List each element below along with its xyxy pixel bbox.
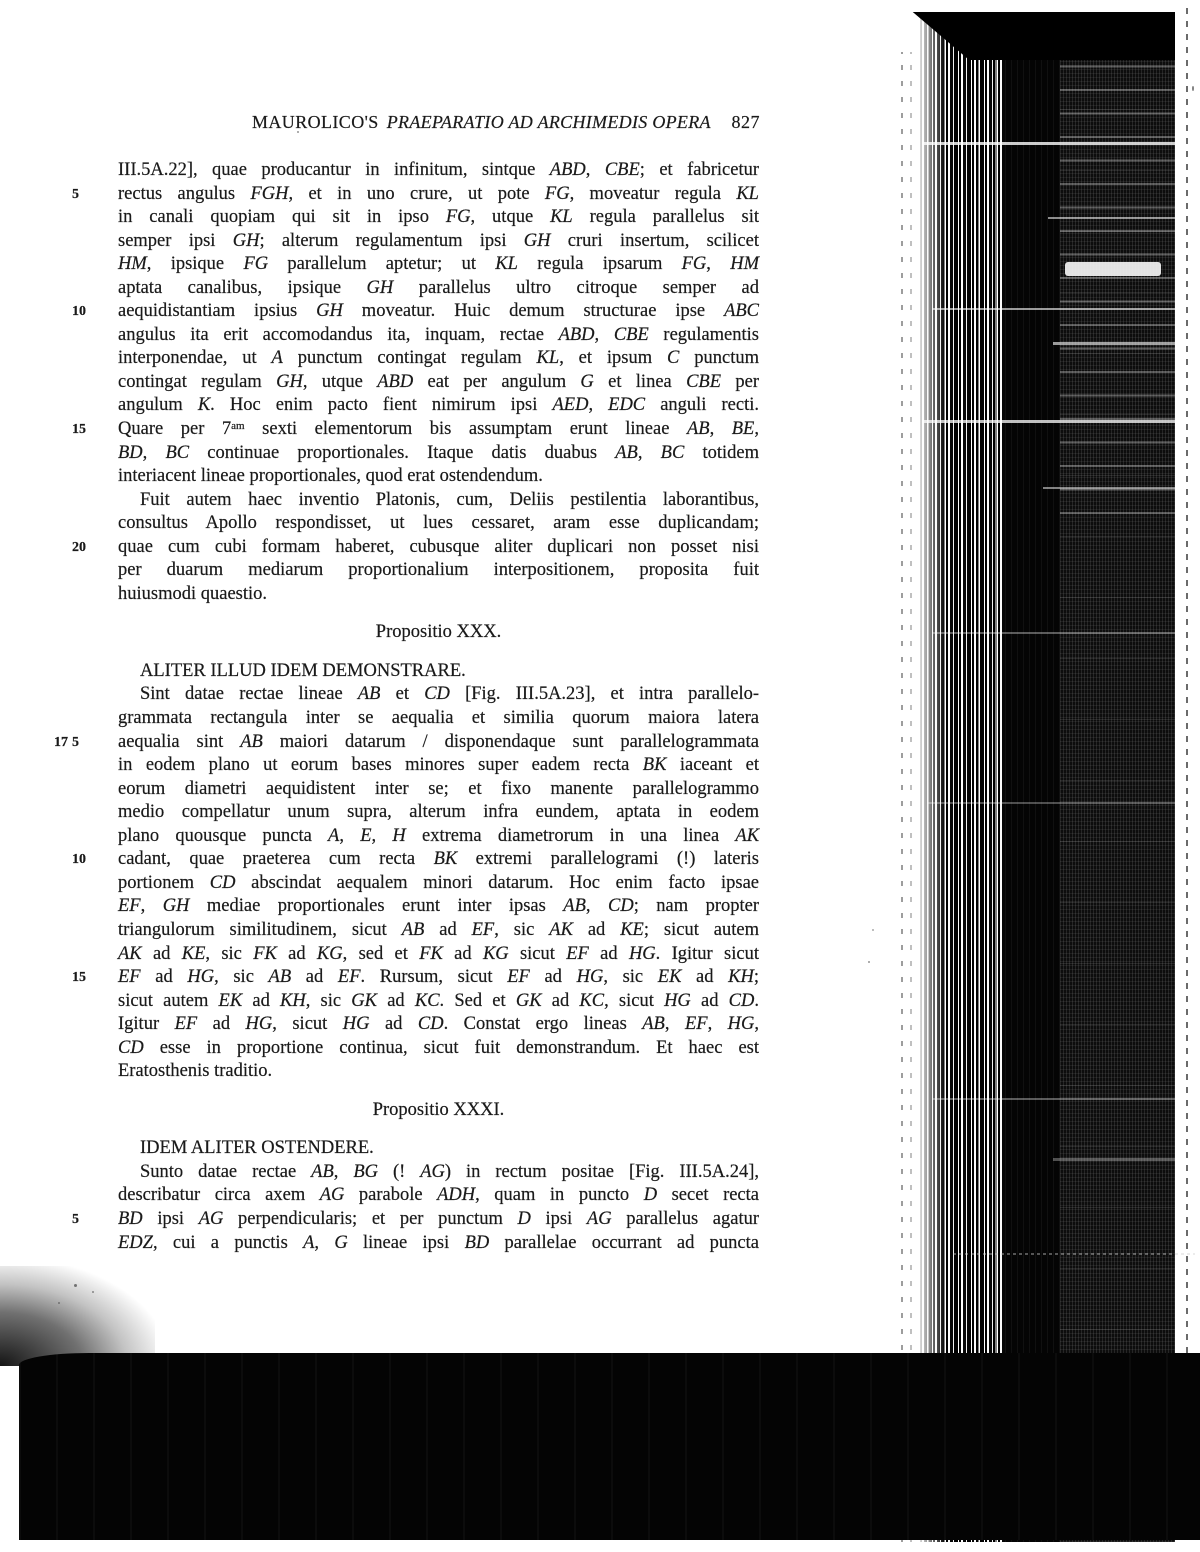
scan-speck (868, 961, 870, 963)
text-line: angulum K. Hoc enim pacto fient nimirum … (118, 394, 759, 418)
text-line-content: grammata rectangula inter se aequalia et… (118, 708, 759, 728)
text-line: III.5A.22], quae producantur in infinitu… (118, 159, 759, 183)
running-head: MAUROLICO'SPRAEPARATIO AD ARCHIMEDIS OPE… (252, 112, 760, 133)
text-line-content: EF ad HG, sic AB ad EF. Rursum, sicut EF… (118, 967, 759, 987)
edge-dash-column (901, 52, 903, 1542)
text-line: plano quousque puncta A, E, H extrema di… (118, 825, 759, 849)
text-line-content: eorum diametri aequidistent inter se; et… (118, 779, 759, 799)
scan-speck (92, 1291, 94, 1293)
text-line: Igitur EF ad HG, sicut HG ad CD. Constat… (118, 1013, 759, 1037)
spine-shadow (1005, 12, 1060, 1542)
text-line-content: sicut autem EK ad KH, sic GK ad KC. Sed … (118, 991, 759, 1011)
text-line: IDEM ALITER OSTENDERE. (118, 1137, 759, 1161)
book-fore-edge-scan-band (893, 12, 1175, 1542)
text-line: huiusmodi quaestio. (118, 583, 759, 607)
margin-line-number: 15 (72, 966, 100, 990)
text-line: 175aequalia sint AB maiori datarum / dis… (118, 731, 759, 755)
margin-line-number: 10 (72, 848, 100, 872)
text-line-content: Igitur EF ad HG, sicut HG ad CD. Constat… (118, 1014, 759, 1034)
text-line: Sint datae rectae lineae AB et CD [Fig. … (118, 683, 759, 707)
text-line-content: angulus ita erit accomodandus ita, inqua… (118, 325, 759, 345)
bottom-scan-black-border (19, 1353, 1200, 1540)
scan-streak (928, 802, 1175, 804)
text-line-content: aptata canalibus, ipsique GH parallelus … (118, 278, 759, 298)
text-line-content: aequidistantiam ipsius GH moveatur. Huic… (118, 301, 759, 321)
text-line-content: quae cum cubi formam haberet, cubusque a… (118, 537, 759, 557)
text-line: consultus Apollo respondisset, ut lues c… (118, 512, 759, 536)
scan-speck (872, 929, 874, 931)
scan-speck (74, 1284, 77, 1287)
page-edge-dashed-rule (1186, 8, 1188, 1353)
text-line-content: consultus Apollo respondisset, ut lues c… (118, 513, 759, 533)
scan-streak (933, 632, 1175, 634)
text-line-content: III.5A.22], quae producantur in infinitu… (118, 160, 759, 180)
scanned-book-page: { "colors": { "ink": "#1a1a1a", "paper":… (0, 0, 1200, 1552)
page: MAUROLICO'SPRAEPARATIO AD ARCHIMEDIS OPE… (0, 0, 1200, 1552)
margin-line-number: 5 (72, 183, 100, 207)
text-line: CD esse in proportione continua, sicut f… (118, 1037, 759, 1061)
text-line: 20quae cum cubi formam haberet, cubusque… (118, 536, 759, 560)
text-line: EF, GH mediae proportionales erunt inter… (118, 895, 759, 919)
text-line: ALITER ILLUD IDEM DEMONSTRARE. (118, 660, 759, 684)
text-line: 15Quare per 7am sexti elementorum bis as… (118, 418, 759, 442)
text-line-content: describatur circa axem AG parabole ADH, … (118, 1185, 759, 1205)
edge-dash-column (910, 52, 912, 1542)
text-line: interiacent lineae proportionales, quod … (118, 465, 759, 489)
scan-streak (1048, 217, 1175, 219)
text-line-content: rectus angulus FGH, et in uno crure, ut … (118, 184, 759, 204)
text-line-content: CD esse in proportione continua, sicut f… (118, 1038, 759, 1058)
text-line-content: semper ipsi GH; alterum regulamentum ips… (118, 231, 759, 251)
scan-streak (923, 420, 1175, 423)
scan-streak (1053, 342, 1175, 345)
margin-line-number: 5 (72, 731, 100, 755)
text-line-content: AK ad KE, sic FK ad KG, sed et FK ad KG … (118, 944, 759, 964)
margin-line-number: 10 (72, 300, 100, 324)
margin-line-number: 5 (72, 1208, 100, 1232)
text-line: 5rectus angulus FGH, et in uno crure, ut… (118, 183, 759, 207)
white-scan-streak (1065, 262, 1161, 276)
text-line: Eratosthenis traditio. (118, 1060, 759, 1084)
text-line-content: contingat regulam GH, utque ABD eat per … (118, 372, 759, 392)
text-line-content: cadant, quae praeterea cum recta BK extr… (118, 849, 759, 869)
text-line: angulus ita erit accomodandus ita, inqua… (118, 324, 759, 348)
page-edge-streaks-texture (920, 12, 1005, 1542)
text-line-content: aequalia sint AB maiori datarum / dispon… (118, 732, 759, 752)
text-line-content: triangulorum similitudinem, sicut AB ad … (118, 920, 759, 940)
text-line: aptata canalibus, ipsique GH parallelus … (118, 277, 759, 301)
text-line: semper ipsi GH; alterum regulamentum ips… (118, 230, 759, 254)
text-line: Fuit autem haec inventio Platonis, cum, … (118, 489, 759, 513)
text-line: AK ad KE, sic FK ad KG, sed et FK ad KG … (118, 943, 759, 967)
text-line: in eodem plano ut eorum bases minores su… (118, 754, 759, 778)
text-line: triangulorum similitudinem, sicut AB ad … (118, 919, 759, 943)
text-line: sicut autem EK ad KH, sic GK ad KC. Sed … (118, 990, 759, 1014)
bottom-left-speckle (0, 1266, 155, 1366)
text-line-content: HM, ipsique FG parallelum aptetur; ut KL… (118, 254, 759, 274)
proposition-heading: Propositio XXX. (118, 621, 759, 645)
text-line: 15EF ad HG, sic AB ad EF. Rursum, sicut … (118, 966, 759, 990)
text-line-content: plano quousque puncta A, E, H extrema di… (118, 826, 759, 846)
running-head-author: MAUROLICO'S (252, 112, 379, 132)
text-line-content: ALITER ILLUD IDEM DEMONSTRARE. (140, 661, 466, 681)
scan-speck (297, 131, 299, 133)
text-line: Sunto datae rectae AB, BG (! AG) in rect… (118, 1161, 759, 1185)
text-line: 5BD ipsi AG perpendicularis; et per punc… (118, 1208, 759, 1232)
text-line-content: Fuit autem haec inventio Platonis, cum, … (140, 490, 759, 510)
text-line: EDZ, cui a punctis A, G lineae ipsi BD p… (118, 1232, 759, 1256)
text-line: describatur circa axem AG parabole ADH, … (118, 1184, 759, 1208)
text-line-content: in canali quopiam qui sit in ipso FG, ut… (118, 207, 759, 227)
text-line: portionem CD abscindat aequalem minori d… (118, 872, 759, 896)
text-line: interponendae, ut A punctum contingat re… (118, 347, 759, 371)
running-head-work-title: PRAEPARATIO AD ARCHIMEDIS OPERA (387, 112, 711, 132)
text-line-content: Eratosthenis traditio. (118, 1061, 272, 1081)
scan-streak (933, 1098, 1175, 1100)
text-line-content: medio compellatur unum supra, alterum in… (118, 802, 759, 822)
proposition-heading: Propositio XXXI. (118, 1099, 759, 1123)
text-line: medio compellatur unum supra, alterum in… (118, 801, 759, 825)
text-line-content: per duarum mediarum proportionalium inte… (118, 560, 759, 580)
scan-streak (1043, 487, 1175, 489)
text-line-content: huiusmodi quaestio. (118, 584, 267, 604)
text-line: HM, ipsique FG parallelum aptetur; ut KL… (118, 253, 759, 277)
text-line-content: Sint datae rectae lineae AB et CD [Fig. … (140, 684, 759, 704)
text-line: BD, BC continuae proportionales. Itaque … (118, 442, 759, 466)
text-line-content: in eodem plano ut eorum bases minores su… (118, 755, 759, 775)
text-line-content: Sunto datae rectae AB, BG (! AG) in rect… (140, 1162, 759, 1182)
scan-streak (923, 142, 1175, 145)
text-line: in canali quopiam qui sit in ipso FG, ut… (118, 206, 759, 230)
text-line-content: portionem CD abscindat aequalem minori d… (118, 873, 759, 893)
running-head-page-number: 827 (732, 112, 761, 132)
scan-speck (58, 1302, 60, 1304)
text-line-content: interiacent lineae proportionales, quod … (118, 466, 543, 486)
text-column: III.5A.22], quae producantur in infinitu… (118, 159, 759, 1255)
scan-streak (1053, 1158, 1175, 1161)
text-line-content: BD, BC continuae proportionales. Itaque … (118, 443, 759, 463)
text-line: 10aequidistantiam ipsius GH moveatur. Hu… (118, 300, 759, 324)
text-line-content: angulum K. Hoc enim pacto fient nimirum … (118, 395, 759, 415)
ghost-text-lines-texture (1060, 48, 1175, 514)
margin-line-number: 15 (72, 418, 100, 442)
text-line: contingat regulam GH, utque ABD eat per … (118, 371, 759, 395)
scan-streak (933, 308, 1175, 310)
dotted-scan-line (953, 1253, 1195, 1255)
text-line-content: EDZ, cui a punctis A, G lineae ipsi BD p… (118, 1233, 759, 1253)
text-line: per duarum mediarum proportionalium inte… (118, 559, 759, 583)
text-line-content: IDEM ALITER OSTENDERE. (140, 1138, 374, 1158)
text-line-content: interponendae, ut A punctum contingat re… (118, 348, 759, 368)
text-line-content: BD ipsi AG perpendicularis; et per punct… (118, 1209, 759, 1229)
text-line: grammata rectangula inter se aequalia et… (118, 707, 759, 731)
text-line: 10cadant, quae praeterea cum recta BK ex… (118, 848, 759, 872)
margin-line-number: 20 (72, 536, 100, 560)
text-line-content: Quare per 7am sexti elementorum bis assu… (118, 419, 759, 439)
scan-speck (1192, 86, 1194, 91)
text-line: eorum diametri aequidistent inter se; et… (118, 778, 759, 802)
text-line-content: EF, GH mediae proportionales erunt inter… (118, 896, 759, 916)
